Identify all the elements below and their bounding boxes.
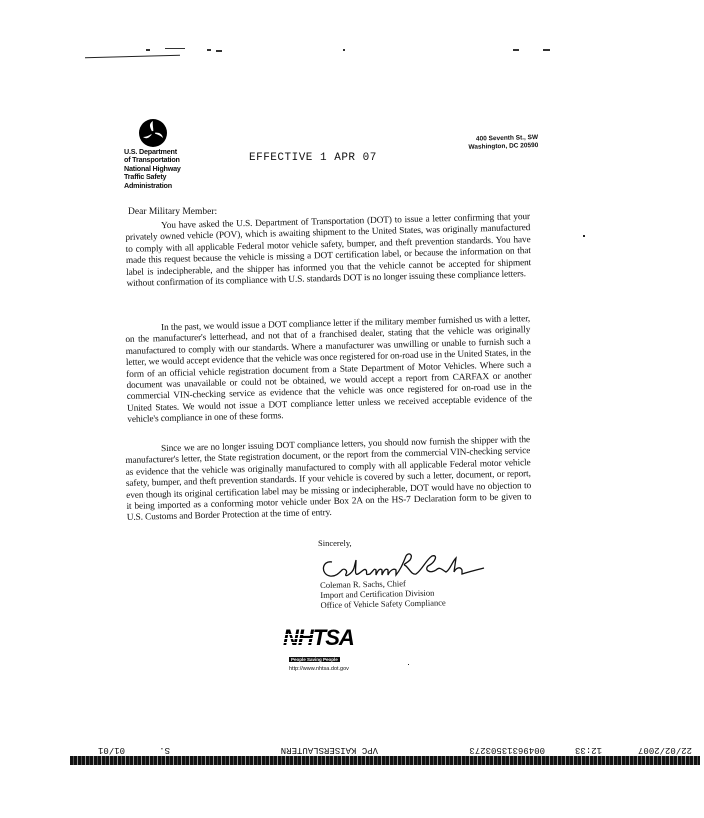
fax-date: 22/02/2007: [638, 745, 692, 755]
nhtsa-wordmark: NHTSA: [283, 628, 373, 648]
scan-artifact: [513, 49, 519, 51]
agency-name: U.S. Department of Transportation Nation…: [124, 148, 181, 190]
paragraph-text: You have asked the U.S. Department of Tr…: [125, 212, 532, 290]
fax-page: 01/01: [98, 745, 125, 755]
closing: Sincerely,: [318, 538, 352, 548]
scan-artifact: [216, 50, 222, 52]
paragraph-2: In the past, we would issue a DOT compli…: [125, 314, 532, 427]
address-line: Washington, DC 20590: [446, 142, 538, 152]
nhtsa-url: http://www.nhtsa.dot.gov: [289, 666, 373, 672]
scan-speck: [583, 235, 585, 237]
agency-line: Administration: [124, 182, 181, 190]
signer-office: Office of Vehicle Safety Compliance: [320, 597, 445, 610]
scan-artifact: [207, 49, 211, 51]
scan-artifact-line: [85, 55, 180, 58]
fax-header-text: 22/02/2007 12:33 00496313503273 VPC KAIS…: [70, 741, 700, 755]
fax-number: 00496313503273: [469, 745, 545, 755]
paragraph-1: You have asked the U.S. Department of Tr…: [125, 212, 532, 290]
scan-artifact: [146, 49, 150, 51]
dot-triskelion-icon: [138, 118, 168, 148]
agency-address: 400 Seventh St., SW Washington, DC 20590: [446, 134, 538, 152]
scan-artifact: [543, 49, 550, 51]
salutation: Dear Military Member:: [128, 207, 217, 217]
scan-speck: [408, 664, 409, 665]
paragraph-3: Since we are no longer issuing DOT compl…: [125, 435, 532, 525]
scan-artifact: [165, 48, 185, 49]
fax-header-bar: [70, 756, 700, 765]
nhtsa-logo: NHTSA People Saving People http://www.nh…: [283, 628, 373, 672]
signer-block: Coleman R. Sachs, Chief Import and Certi…: [320, 577, 446, 610]
fax-page-label: S.: [159, 745, 170, 755]
fax-sender: VPC KAISERSLAUTERN: [281, 745, 378, 755]
nhtsa-tagline: People Saving People: [289, 657, 340, 662]
effective-date-stamp: EFFECTIVE 1 APR 07: [249, 152, 377, 164]
scan-artifact: [343, 49, 345, 51]
paragraph-text: In the past, we would issue a DOT compli…: [125, 314, 532, 427]
paragraph-text: Since we are no longer issuing DOT compl…: [125, 435, 532, 525]
fax-time: 12:33: [575, 745, 602, 755]
